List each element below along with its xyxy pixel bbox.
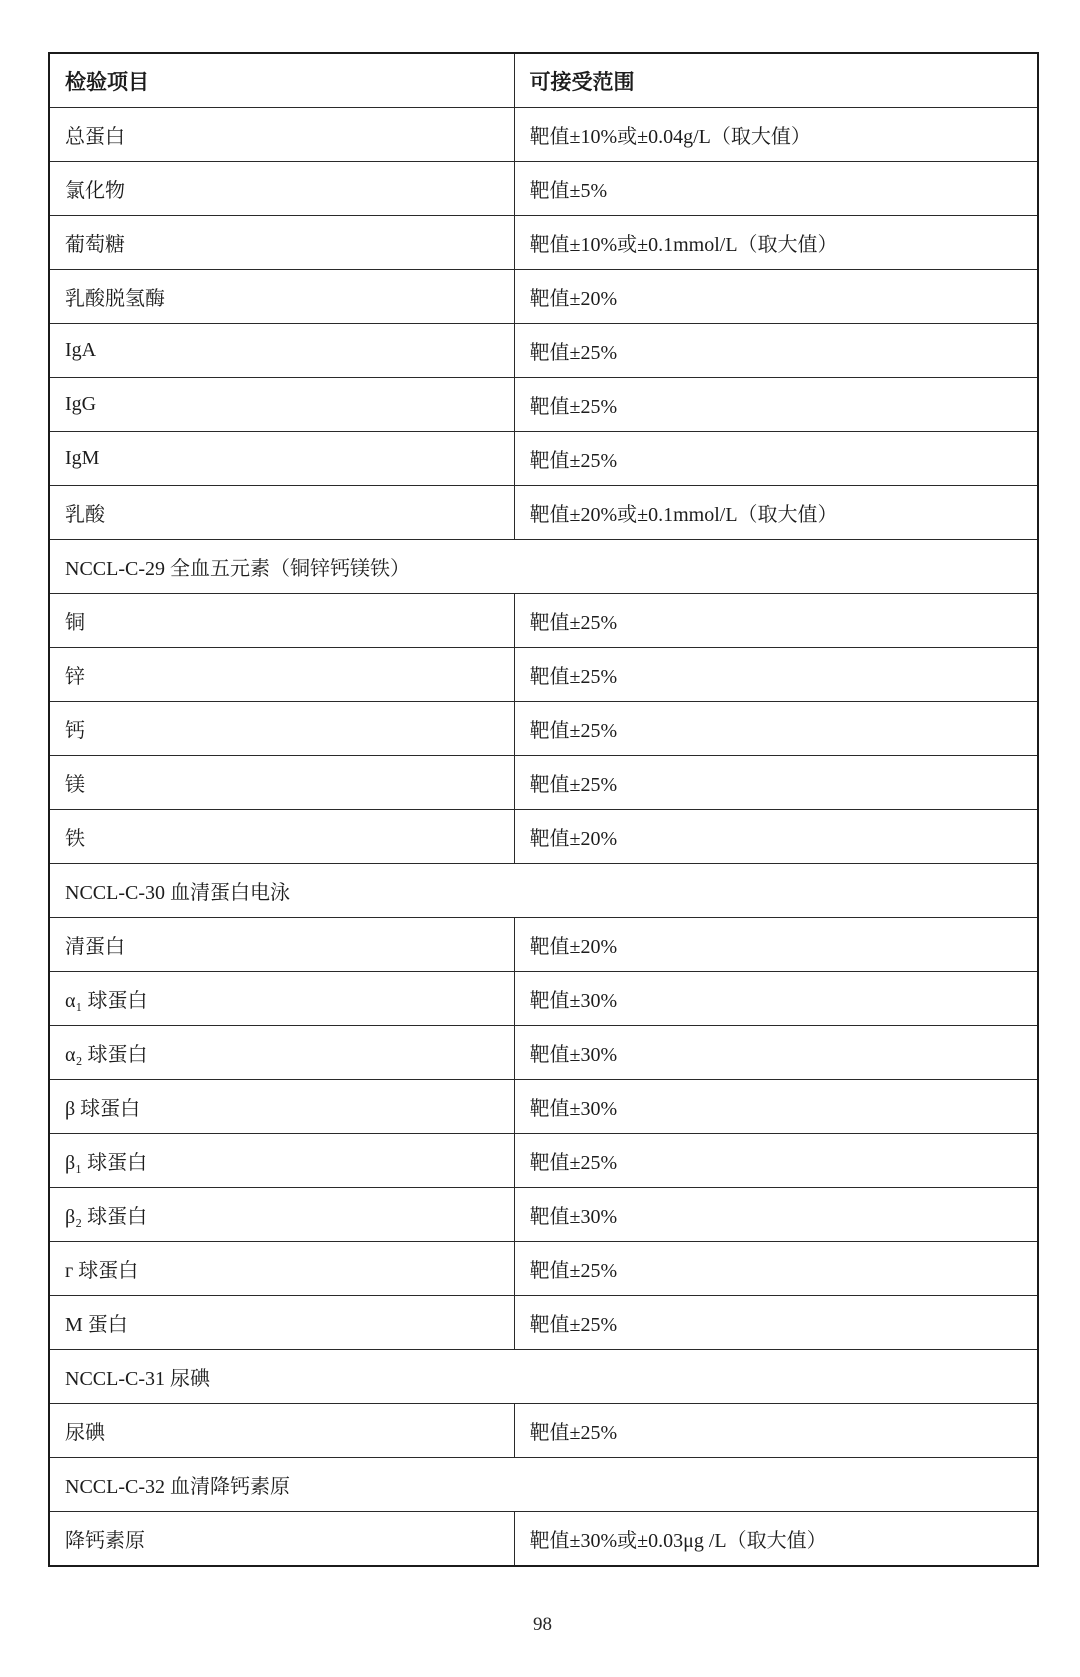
test-item-cell: 尿碘	[49, 1404, 514, 1458]
acceptable-range-cell: 靶值±25%	[514, 648, 1038, 702]
acceptable-range-cell: 靶值±25%	[514, 1296, 1038, 1350]
table-row: 氯化物靶值±5%	[49, 162, 1038, 216]
section-row: NCCL-C-31 尿碘	[49, 1350, 1038, 1404]
test-item-cell: 钙	[49, 702, 514, 756]
table-row: 钙靶值±25%	[49, 702, 1038, 756]
test-item-cell: IgA	[49, 324, 514, 378]
table-row: IgG靶值±25%	[49, 378, 1038, 432]
table-row: 降钙素原靶值±30%或±0.03μg /L（取大值）	[49, 1512, 1038, 1567]
acceptable-range-cell: 靶值±25%	[514, 324, 1038, 378]
test-item-cell: β₁ 球蛋白	[49, 1134, 514, 1188]
section-title: NCCL-C-31 尿碘	[49, 1350, 1038, 1404]
test-item-cell: 铜	[49, 594, 514, 648]
test-item-cell: 降钙素原	[49, 1512, 514, 1567]
table-row: 锌靶值±25%	[49, 648, 1038, 702]
test-item-cell: 总蛋白	[49, 108, 514, 162]
acceptable-range-cell: 靶值±10%或±0.1mmol/L（取大值）	[514, 216, 1038, 270]
acceptable-range-cell: 靶值±25%	[514, 702, 1038, 756]
acceptable-range-cell: 靶值±20%或±0.1mmol/L（取大值）	[514, 486, 1038, 540]
section-title: NCCL-C-30 血清蛋白电泳	[49, 864, 1038, 918]
test-item-cell: г 球蛋白	[49, 1242, 514, 1296]
acceptable-range-cell: 靶值±30%	[514, 1080, 1038, 1134]
section-row: NCCL-C-29 全血五元素（铜锌钙镁铁）	[49, 540, 1038, 594]
test-item-cell: β₂ 球蛋白	[49, 1188, 514, 1242]
test-item-cell: α₁ 球蛋白	[49, 972, 514, 1026]
acceptable-range-cell: 靶值±30%	[514, 1026, 1038, 1080]
test-item-cell: α₂ 球蛋白	[49, 1026, 514, 1080]
table-row: г 球蛋白靶值±25%	[49, 1242, 1038, 1296]
acceptable-range-cell: 靶值±25%	[514, 1242, 1038, 1296]
acceptable-range-cell: 靶值±25%	[514, 756, 1038, 810]
table-row: M 蛋白靶值±25%	[49, 1296, 1038, 1350]
test-item-cell: M 蛋白	[49, 1296, 514, 1350]
column-header-test-item: 检验项目	[49, 53, 514, 108]
section-title: NCCL-C-32 血清降钙素原	[49, 1458, 1038, 1512]
test-item-cell: IgM	[49, 432, 514, 486]
table-row: β 球蛋白靶值±30%	[49, 1080, 1038, 1134]
table-body: 总蛋白靶值±10%或±0.04g/L（取大值）氯化物靶值±5%葡萄糖靶值±10%…	[49, 108, 1038, 1567]
table-row: 乳酸脱氢酶靶值±20%	[49, 270, 1038, 324]
table-header-row: 检验项目 可接受范围	[49, 53, 1038, 108]
acceptable-range-cell: 靶值±20%	[514, 810, 1038, 864]
table-row: 乳酸靶值±20%或±0.1mmol/L（取大值）	[49, 486, 1038, 540]
acceptable-range-cell: 靶值±20%	[514, 918, 1038, 972]
acceptable-range-cell: 靶值±30%	[514, 972, 1038, 1026]
acceptable-range-cell: 靶值±25%	[514, 594, 1038, 648]
acceptable-range-table: 检验项目 可接受范围 总蛋白靶值±10%或±0.04g/L（取大值）氯化物靶值±…	[48, 52, 1039, 1567]
page-number: 98	[48, 1614, 1037, 1636]
table-row: 葡萄糖靶值±10%或±0.1mmol/L（取大值）	[49, 216, 1038, 270]
table-row: 镁靶值±25%	[49, 756, 1038, 810]
table-row: α₁ 球蛋白靶值±30%	[49, 972, 1038, 1026]
acceptable-range-cell: 靶值±25%	[514, 1134, 1038, 1188]
section-row: NCCL-C-32 血清降钙素原	[49, 1458, 1038, 1512]
table-row: 铁靶值±20%	[49, 810, 1038, 864]
table-row: 清蛋白靶值±20%	[49, 918, 1038, 972]
document-page: 检验项目 可接受范围 总蛋白靶值±10%或±0.04g/L（取大值）氯化物靶值±…	[0, 0, 1080, 1677]
test-item-cell: β 球蛋白	[49, 1080, 514, 1134]
acceptable-range-cell: 靶值±20%	[514, 270, 1038, 324]
section-row: NCCL-C-30 血清蛋白电泳	[49, 864, 1038, 918]
test-item-cell: 清蛋白	[49, 918, 514, 972]
test-item-cell: 铁	[49, 810, 514, 864]
test-item-cell: 乳酸脱氢酶	[49, 270, 514, 324]
section-title: NCCL-C-29 全血五元素（铜锌钙镁铁）	[49, 540, 1038, 594]
test-item-cell: IgG	[49, 378, 514, 432]
acceptable-range-cell: 靶值±25%	[514, 1404, 1038, 1458]
table-row: IgA靶值±25%	[49, 324, 1038, 378]
acceptable-range-cell: 靶值±5%	[514, 162, 1038, 216]
test-item-cell: 锌	[49, 648, 514, 702]
table-row: 尿碘靶值±25%	[49, 1404, 1038, 1458]
table-row: IgM靶值±25%	[49, 432, 1038, 486]
acceptable-range-cell: 靶值±25%	[514, 378, 1038, 432]
test-item-cell: 葡萄糖	[49, 216, 514, 270]
acceptable-range-cell: 靶值±30%或±0.03μg /L（取大值）	[514, 1512, 1038, 1567]
test-item-cell: 氯化物	[49, 162, 514, 216]
table-row: 铜靶值±25%	[49, 594, 1038, 648]
table-row: β₁ 球蛋白靶值±25%	[49, 1134, 1038, 1188]
table-row: 总蛋白靶值±10%或±0.04g/L（取大值）	[49, 108, 1038, 162]
acceptable-range-cell: 靶值±25%	[514, 432, 1038, 486]
test-item-cell: 镁	[49, 756, 514, 810]
acceptable-range-cell: 靶值±10%或±0.04g/L（取大值）	[514, 108, 1038, 162]
table-row: α₂ 球蛋白靶值±30%	[49, 1026, 1038, 1080]
acceptable-range-cell: 靶值±30%	[514, 1188, 1038, 1242]
column-header-acceptable-range: 可接受范围	[514, 53, 1038, 108]
test-item-cell: 乳酸	[49, 486, 514, 540]
table-row: β₂ 球蛋白靶值±30%	[49, 1188, 1038, 1242]
